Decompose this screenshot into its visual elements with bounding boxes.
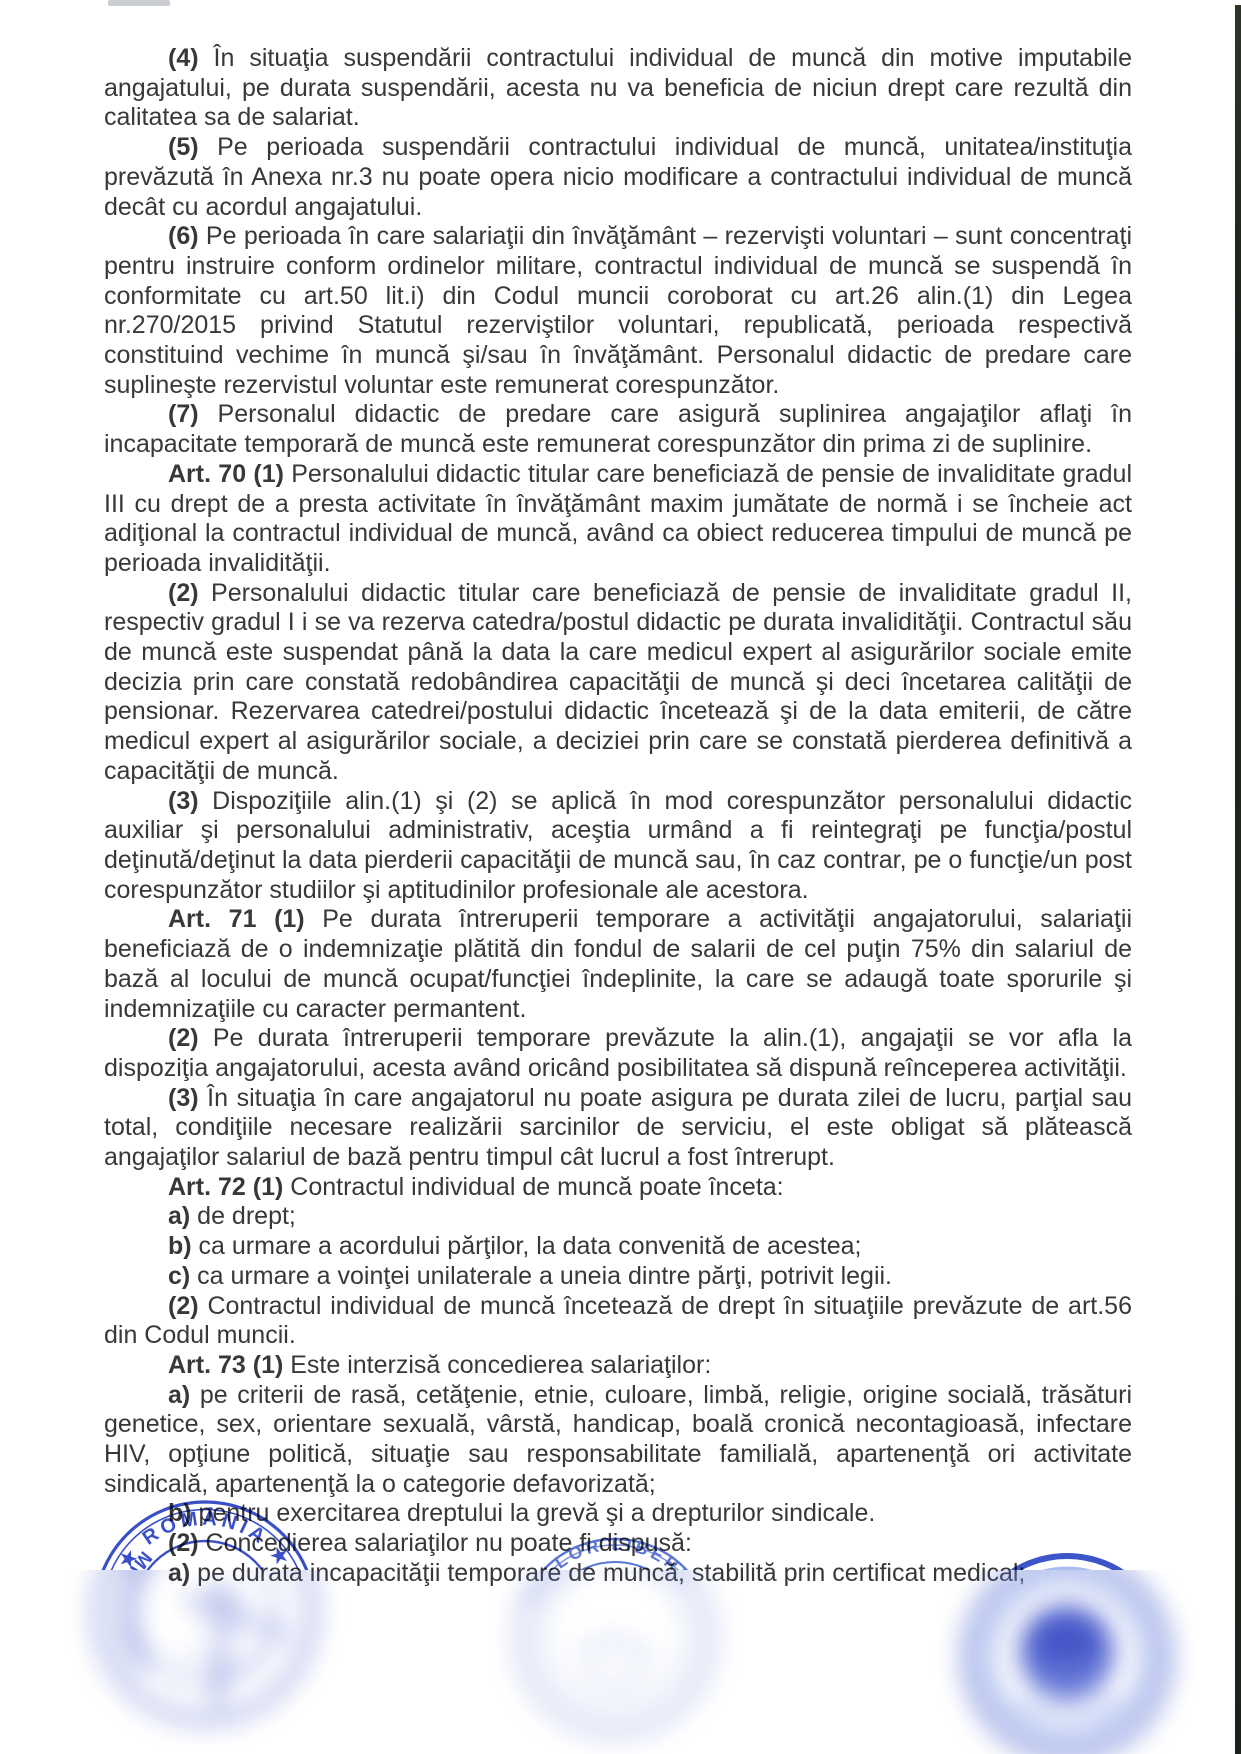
paragraph-text: pe criterii de rasă, cetăţenie, etnie, c…	[104, 1381, 1132, 1498]
paragraph-text: pe durata incapacităţii temporare de mun…	[190, 1559, 1025, 1587]
paragraph-text: Personalul didactic de predare care asig…	[104, 400, 1132, 458]
paragraph: (4) În situaţia suspendării contractului…	[104, 44, 1132, 133]
paragraph: (3) Dispoziţiile alin.(1) şi (2) se apli…	[104, 787, 1132, 906]
paragraph-text: Contractul individual de muncă încetează…	[104, 1292, 1132, 1350]
coat-of-arms-emblem	[183, 1588, 290, 1707]
paragraph: b) pentru exercitarea dreptului la grevă…	[104, 1499, 1132, 1529]
paragraph-text: ca urmare a acordului părţilor, la data …	[192, 1232, 862, 1260]
paragraph-lead: (2)	[168, 1024, 199, 1052]
paragraph: (2) Concedierea salariaţilor nu poate fi…	[104, 1529, 1132, 1559]
paragraph-text: pentru exercitarea dreptului la grevă şi…	[192, 1499, 876, 1527]
paragraph-lead: (5)	[168, 133, 199, 161]
paragraph: (5) Pe perioada suspendării contractului…	[104, 133, 1132, 222]
paragraph-text: ca urmare a voinţei unilaterale a uneia …	[190, 1262, 892, 1290]
paragraph-lead: (2)	[168, 1529, 199, 1557]
paragraph-lead: (2)	[168, 579, 199, 607]
paragraph-text: În situaţia suspendării contractului ind…	[104, 44, 1132, 131]
stamp-inner-marks	[573, 1635, 657, 1687]
paragraph: Art. 73 (1) Este interzisă concedierea s…	[104, 1351, 1132, 1381]
scanned-document-page: (4) În situaţia suspendării contractului…	[0, 0, 1241, 1754]
paragraph: (2) Pe durata întreruperii temporare pre…	[104, 1024, 1132, 1083]
paragraph-lead: Art. 70 (1)	[168, 460, 284, 488]
paragraph: a) pe criterii de rasă, cetăţenie, etnie…	[104, 1381, 1132, 1500]
paragraph-lead: a)	[168, 1559, 190, 1587]
paragraph-lead: (3)	[168, 1084, 199, 1112]
paragraph-text: Pe perioada suspendării contractului ind…	[104, 133, 1132, 220]
paragraph-text: Pe durata întreruperii temporare prevăzu…	[104, 1024, 1132, 1082]
paragraph-text: Concedierea salariaţilor nu poate fi dis…	[199, 1529, 692, 1557]
paragraph: a) pe durata incapacităţii temporare de …	[104, 1559, 1132, 1589]
paragraph: b) ca urmare a acordului părţilor, la da…	[104, 1232, 1132, 1262]
paragraph: Art. 71 (1) Pe durata întreruperii tempo…	[104, 905, 1132, 1024]
paragraph: (7) Personalul didactic de predare care …	[104, 400, 1132, 459]
paragraph-lead: (3)	[168, 787, 199, 815]
coat-of-arms-emblem	[183, 1588, 290, 1707]
document-body: (4) În situaţia suspendării contractului…	[104, 44, 1132, 1589]
paragraph-lead: a)	[168, 1202, 190, 1230]
paragraph: (2) Personalului didactic titular care b…	[104, 579, 1132, 787]
paragraph-text: de drept;	[190, 1202, 296, 1230]
paragraph-lead: (4)	[168, 44, 199, 72]
paragraph-lead: Art. 71 (1)	[168, 905, 305, 933]
paragraph-lead: b)	[168, 1232, 192, 1260]
paragraph-lead: c)	[168, 1262, 190, 1290]
stamp-inner-marks	[573, 1635, 657, 1687]
paragraph-lead: Art. 73 (1)	[168, 1351, 283, 1379]
paragraph-text: Pe perioada în care salariaţii din învăţ…	[104, 222, 1132, 399]
paragraph-lead: (7)	[168, 400, 199, 428]
paragraph-lead: (6)	[168, 222, 199, 250]
paragraph-lead: a)	[168, 1381, 190, 1409]
paragraph: (6) Pe perioada în care salariaţii din î…	[104, 222, 1132, 400]
scan-edge-strip	[1235, 5, 1241, 1754]
paragraph: (2) Contractul individual de muncă încet…	[104, 1292, 1132, 1351]
paragraph: (3) În situaţia în care angajatorul nu p…	[104, 1084, 1132, 1173]
paragraph-lead: (2)	[168, 1292, 199, 1320]
paragraph-lead: b)	[168, 1499, 192, 1527]
paragraph-lead: Art. 72 (1)	[168, 1173, 283, 1201]
paragraph: c) ca urmare a voinţei unilaterale a une…	[104, 1262, 1132, 1292]
paragraph: a) de drept;	[104, 1202, 1132, 1232]
paragraph-text: În situaţia în care angajatorul nu poate…	[104, 1084, 1132, 1171]
paragraph-text: Personalului didactic titular care benef…	[104, 579, 1132, 785]
paragraph: Art. 72 (1) Contractul individual de mun…	[104, 1173, 1132, 1203]
scan-smudge	[108, 0, 170, 6]
paragraph-text: Este interzisă concedierea salariaţilor:	[283, 1351, 711, 1379]
paragraph-text: Dispoziţiile alin.(1) şi (2) se aplică î…	[104, 787, 1132, 904]
paragraph: Art. 70 (1) Personalului didactic titula…	[104, 460, 1132, 579]
paragraph-text: Contractul individual de muncă poate înc…	[283, 1173, 783, 1201]
